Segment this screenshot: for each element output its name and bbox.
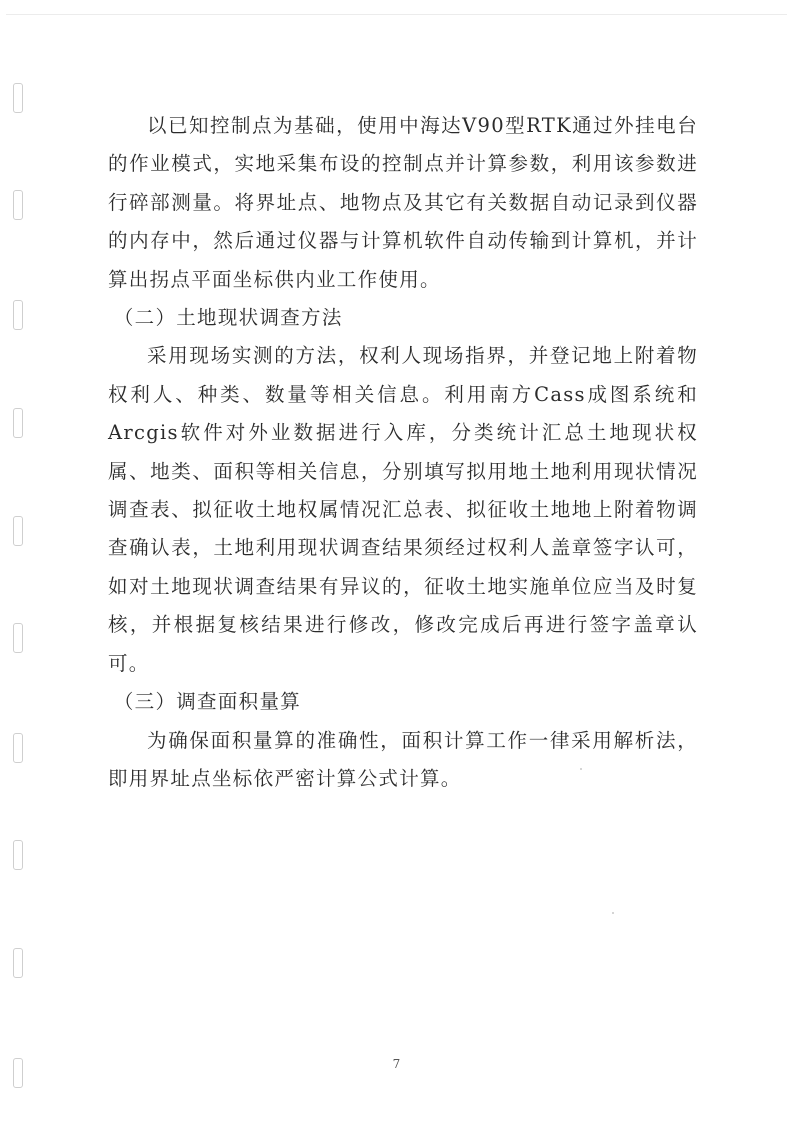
binding-hole-mark: [13, 190, 23, 220]
binding-hole-mark: [13, 408, 23, 438]
section-heading-land-survey-method: （二）土地现状调查方法: [108, 299, 698, 337]
paragraph-area-calculation: 为确保面积量算的准确性，面积计算工作一律采用解析法，即用界址点坐标依严密计算公式…: [108, 722, 698, 799]
scan-top-edge: [6, 14, 787, 15]
page-number: 7: [0, 1057, 793, 1071]
binding-hole-mark: [13, 623, 23, 653]
scan-speck: [612, 912, 614, 914]
binding-hole-mark: [13, 948, 23, 978]
section-heading-area-calculation: （三）调查面积量算: [108, 683, 698, 721]
binding-hole-mark: [13, 516, 23, 546]
binding-hole-mark: [13, 733, 23, 763]
scan-speck: [580, 768, 582, 770]
binding-hole-mark: [13, 840, 23, 870]
paragraph-rtk-survey: 以已知控制点为基础，使用中海达V90型RTK通过外挂电台的作业模式，实地采集布设…: [108, 107, 698, 299]
binding-hole-mark: [13, 83, 23, 113]
document-body: 以已知控制点为基础，使用中海达V90型RTK通过外挂电台的作业模式，实地采集布设…: [108, 107, 698, 798]
binding-hole-mark: [13, 300, 23, 330]
paragraph-land-survey-method: 采用现场实测的方法，权利人现场指界，并登记地上附着物权利人、种类、数量等相关信息…: [108, 337, 698, 683]
